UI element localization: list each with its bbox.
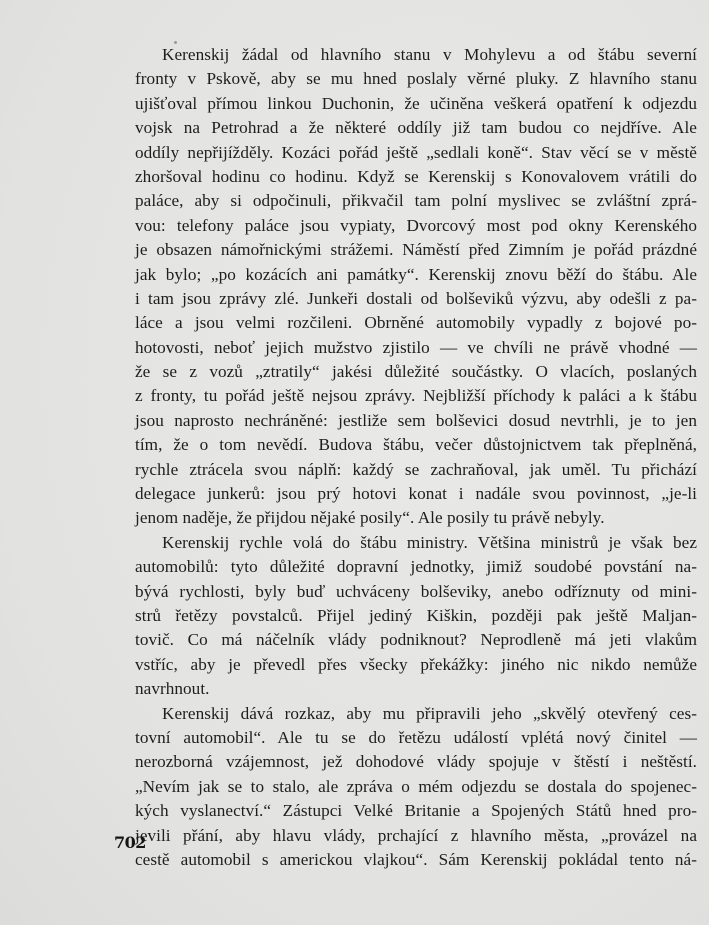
text-line: vojsk na Petrohrad a že některé oddíly j… <box>135 116 697 140</box>
text-line: vstříc, aby je převedl přes všecky překá… <box>135 653 697 677</box>
text-line: navrhnout. <box>135 677 697 701</box>
text-line: rychle ztrácela svou náplň: každý se zac… <box>135 458 697 482</box>
text-line: strů řetězy povstalců. Přijel jediný Kiš… <box>135 604 697 628</box>
page-number: 702 <box>114 833 146 852</box>
text-line: tovní automobil“. Ale tu se do řetězu ud… <box>135 726 697 750</box>
text-line: paláce, aby si odpočinuli, přikvačil tam… <box>135 189 697 213</box>
text-line: z fronty, tu pořád ještě nejsou zprávy. … <box>135 384 697 408</box>
text-line: Kerenskij žádal od hlavního stanu v Mohy… <box>135 43 697 67</box>
text-line: jsou naprosto nechráněné: jestliže sem b… <box>135 409 697 433</box>
book-page: Kerenskij žádal od hlavního stanu v Mohy… <box>0 0 709 925</box>
text-line: tím, že o tom nevědí. Budova štábu, veče… <box>135 433 697 457</box>
text-line: nerozborná vzájemnost, jež dohodové vlád… <box>135 750 697 774</box>
text-line: i tam jsou zprávy zlé. Junkeři dostali o… <box>135 287 697 311</box>
text-line: jevili přání, aby hlavu vlády, prchající… <box>135 824 697 848</box>
paragraph-2: Kerenskij rychle volá do štábu ministry.… <box>135 531 697 702</box>
text-line: delegace junkerů: jsou prý hotovi konat … <box>135 482 697 506</box>
text-line: láce a jsou velmi rozčileni. Obrněné aut… <box>135 311 697 335</box>
text-line: vou: telefony paláce jsou vypiaty, Dvorc… <box>135 214 697 238</box>
text-line: jak bylo; „po kozácích ani památky“. Ker… <box>135 263 697 287</box>
text-line: zhoršoval hodinu co hodinu. Když se Kere… <box>135 165 697 189</box>
text-line: jenom naděje, že přijdou nějaké posily“.… <box>135 506 697 530</box>
text-line: oddíly nepřijížděly. Kozáci pořád ještě … <box>135 141 697 165</box>
text-line: že se z vozů „ztratily“ jakési důležité … <box>135 360 697 384</box>
text-line: bývá rychlosti, byly buď uchváceny bolše… <box>135 580 697 604</box>
text-line: „Nevím jak se to stalo, ale zpráva o mém… <box>135 775 697 799</box>
text-line: hotovosti, neboť jejich mužstvo zjistilo… <box>135 336 697 360</box>
text-line: Kerenskij rychle volá do štábu ministry.… <box>135 531 697 555</box>
body-text: Kerenskij žádal od hlavního stanu v Mohy… <box>135 43 697 872</box>
text-line: ujišťoval přímou linkou Duchonin, že uči… <box>135 92 697 116</box>
text-line: kých vyslanectví.“ Zástupci Velké Britan… <box>135 799 697 823</box>
text-line: automobilů: tyto důležité dopravní jedno… <box>135 555 697 579</box>
text-line: Kerenskij dává rozkaz, aby mu připravili… <box>135 702 697 726</box>
text-line: cestě automobil s americkou vlajkou“. Sá… <box>135 848 697 872</box>
paragraph-1: Kerenskij žádal od hlavního stanu v Mohy… <box>135 43 697 531</box>
text-line: fronty v Pskově, aby se mu hned poslaly … <box>135 67 697 91</box>
text-line: je obsazen námořnickými strážemi. Náměst… <box>135 238 697 262</box>
text-line: tovič. Co má náčelník vlády podniknout? … <box>135 628 697 652</box>
paragraph-3: Kerenskij dává rozkaz, aby mu připravili… <box>135 702 697 873</box>
